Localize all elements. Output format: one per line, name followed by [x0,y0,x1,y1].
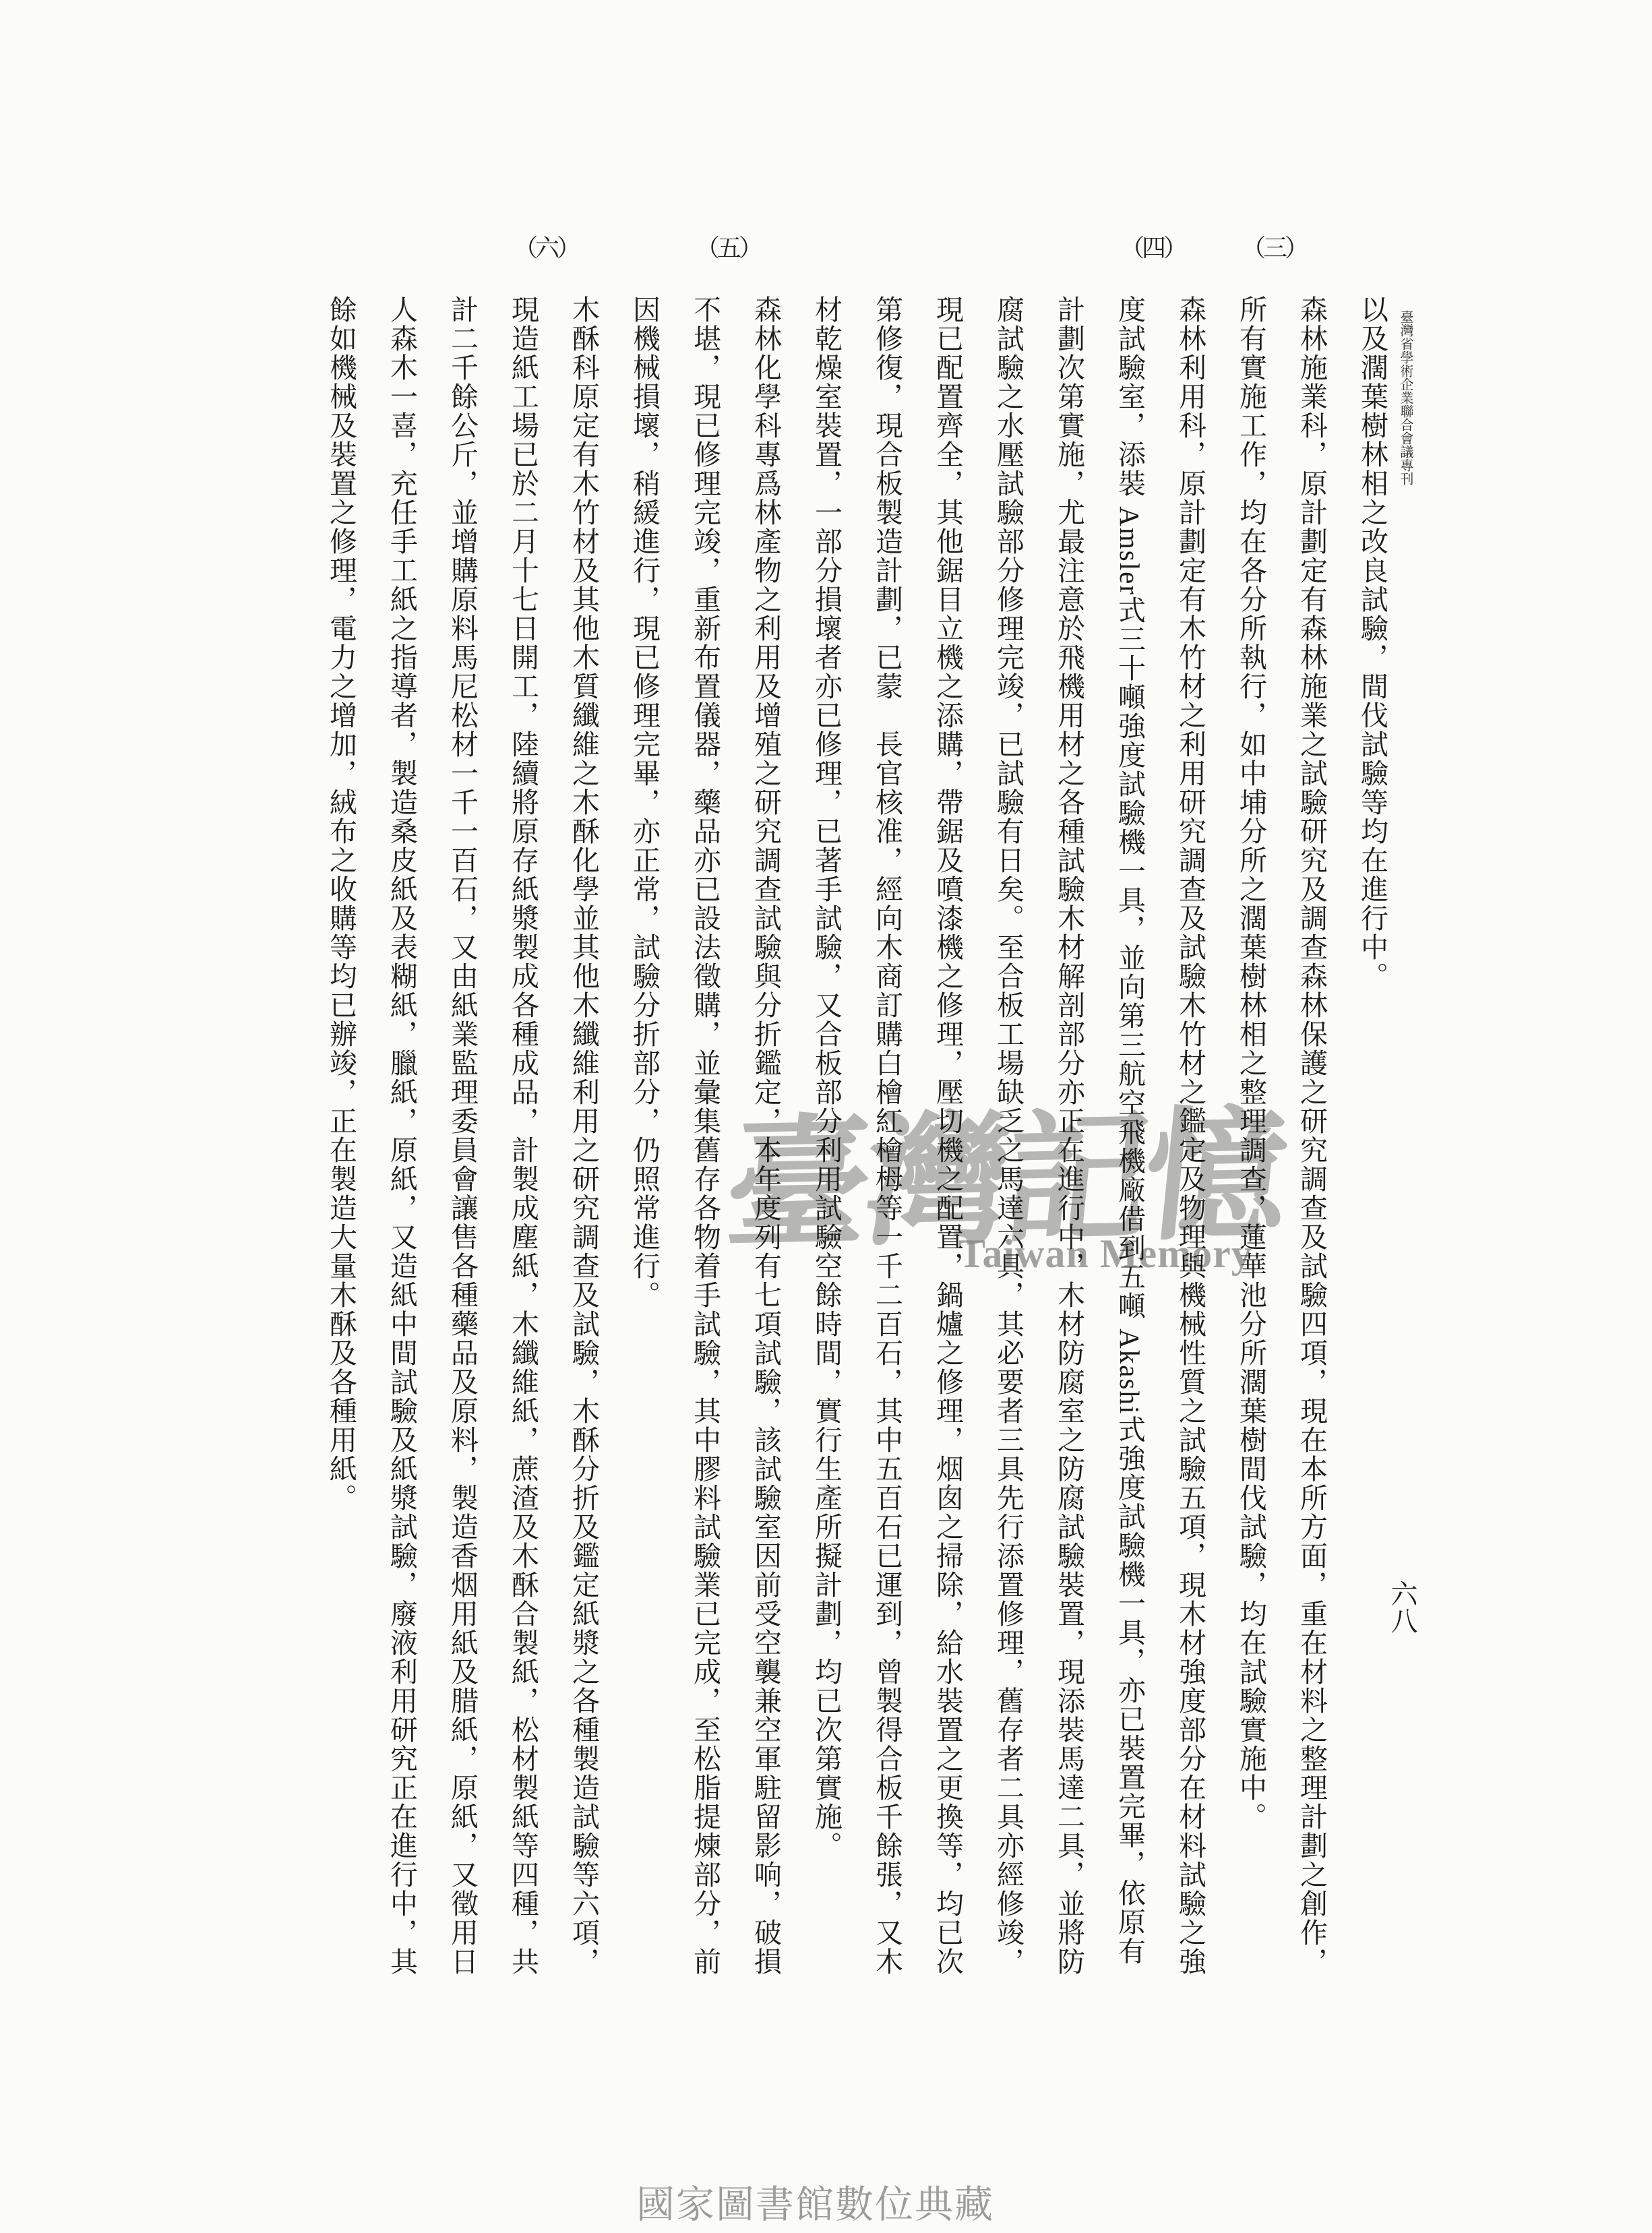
text-column-16: 計二千餘公斤，並增購原料馬尼松材一千一百石，又由紙業監理委員會讓售各種藥品及原料… [417,295,477,2048]
text-column-7: 腐試驗之水壓試驗部分修理完竣，已試驗有日矣。至合板工場缺乏之馬達六具，其必要者三… [962,295,1023,2048]
text-column-15: 現造紙工場已於二月十七日開工，陸續將原存紙漿製成各種成品，計製成塵紙，木纖維紙，… [477,295,538,2048]
section-marker-5: （五） [689,228,767,271]
text-column-1: 以及濶葉樹林相之改良試驗，間伐試驗等均在進行中。 [1326,295,1387,2048]
section-marker-3: （三） [1235,228,1313,271]
text-column-18: 餘如機械及裝置之修理，電力之增加，絨布之收購等均已辦竣，正在製造大量木酥及各種用… [295,295,356,2048]
text-column-17: 人森木一喜，充任手工紙之指導者，製造桑皮紙及表糊紙，臘紙，原紙，又造紙中間試驗及… [356,295,417,2048]
text-column-14: 木酥科原定有木竹材及其他木質纖維之木酥化學並其他木纖維利用之研究調查及試驗，木酥… [538,295,599,2048]
text-column-6: 計劃次第實施，尤最注意於飛機用材之各種試驗木材解剖部分亦正在進行中，木材防腐室之… [1023,295,1084,2048]
section-marker-4: （四） [1113,228,1192,271]
text-column-8: 現已配置齊全，其他鋸目立機之添購，帶鋸及噴漆機之修理，壓切機之配置，鍋爐之修理，… [902,295,962,2048]
section-marker-6: （六） [507,228,585,271]
text-column-10: 材乾燥室裝置，一部分損壞者亦已修理，已著手試驗，又合板部分利用試驗空餘時間，實行… [781,295,841,2048]
page-number: 六八 [1384,1580,1417,1661]
text-column-12: 不堪，現已修理完竣，重新布置儀器，藥品亦已設法徵購，並彙集舊存各物着手試驗，其中… [659,295,720,2048]
text-column-3: 所有實施工作，均在各分所執行，如中埔分所之濶葉樹林相之整理調查，蓮華池分所濶葉樹… [1205,295,1266,2048]
national-library-watermark: 國家圖書館數位典藏 [636,2184,1014,2233]
text-column-13: 因機械損壞，稍緩進行，現已修理完畢，亦正常，試驗分折部分，仍照常進行。 [599,295,659,2048]
text-column-9: 第修復，現合板製造計劃，已蒙 長官核准，經向木商訂購白檜紅檜栂等一千二百石，其中… [841,295,902,2048]
text-column-11: 森林化學科專爲林產物之利用及增殖之研究調查試驗與分折鑑定，本年度列有七項試驗，該… [720,295,781,2048]
text-column-2: 森林施業科，原計劃定有森林施業之試驗研究及調查森林保護之研究調查及試驗四項，現在… [1266,295,1326,2048]
text-column-4: 森林利用科，原計劃定有木竹材之利用研究調查及試驗木竹材之鑑定及物理與機械性質之試… [1144,295,1205,2048]
text-column-5: 度試驗室，添裝 Amsler式三十噸強度試驗機一具，並向第三航空飛機廠借到五噸 … [1084,295,1144,2048]
